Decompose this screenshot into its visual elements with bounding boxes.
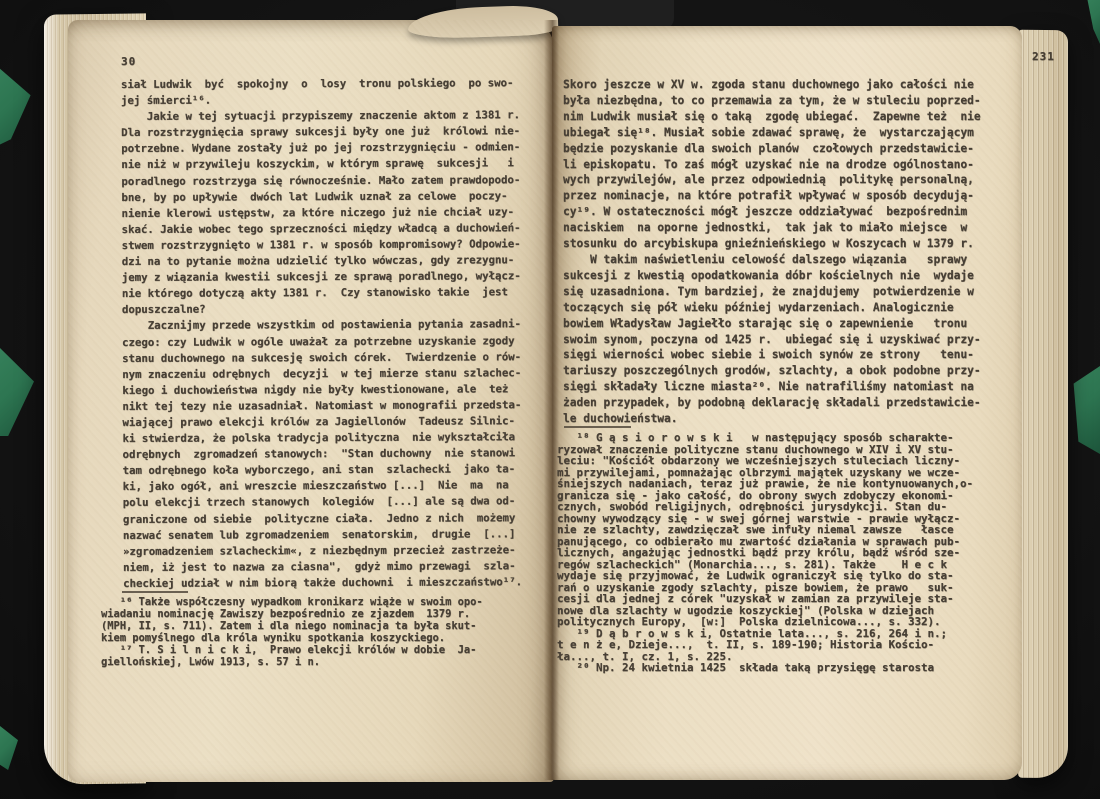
right-page-body-text: Skoro jeszcze w XV w. zgoda stanu duchow…: [563, 77, 1013, 427]
green-backdrop-right-top: [1084, 0, 1100, 44]
green-backdrop-left-top: [0, 60, 34, 148]
left-footnote-separator: [122, 591, 188, 593]
green-backdrop-right-middle: [1070, 366, 1100, 454]
right-page-footnotes: ¹⁸ G ą s i o r o w s k i w następujący s…: [557, 432, 1017, 674]
green-backdrop-left-bottom: [0, 726, 18, 770]
right-page-number: 231: [1032, 50, 1055, 63]
photo-of-open-book: 30 siał Ludwik być spokojny o losy tronu…: [0, 0, 1100, 799]
right-footnote-separator: [564, 426, 631, 428]
left-page-number: 30: [121, 55, 136, 68]
right-fore-edge-page-stack: [1018, 30, 1068, 779]
left-page-footnotes: ¹⁶ Także współczesny wypadkom kronikarz …: [101, 596, 541, 669]
green-backdrop-left-middle: [0, 348, 34, 436]
left-page-body-text: siał Ludwik być spokojny o losy tronu po…: [121, 75, 553, 592]
